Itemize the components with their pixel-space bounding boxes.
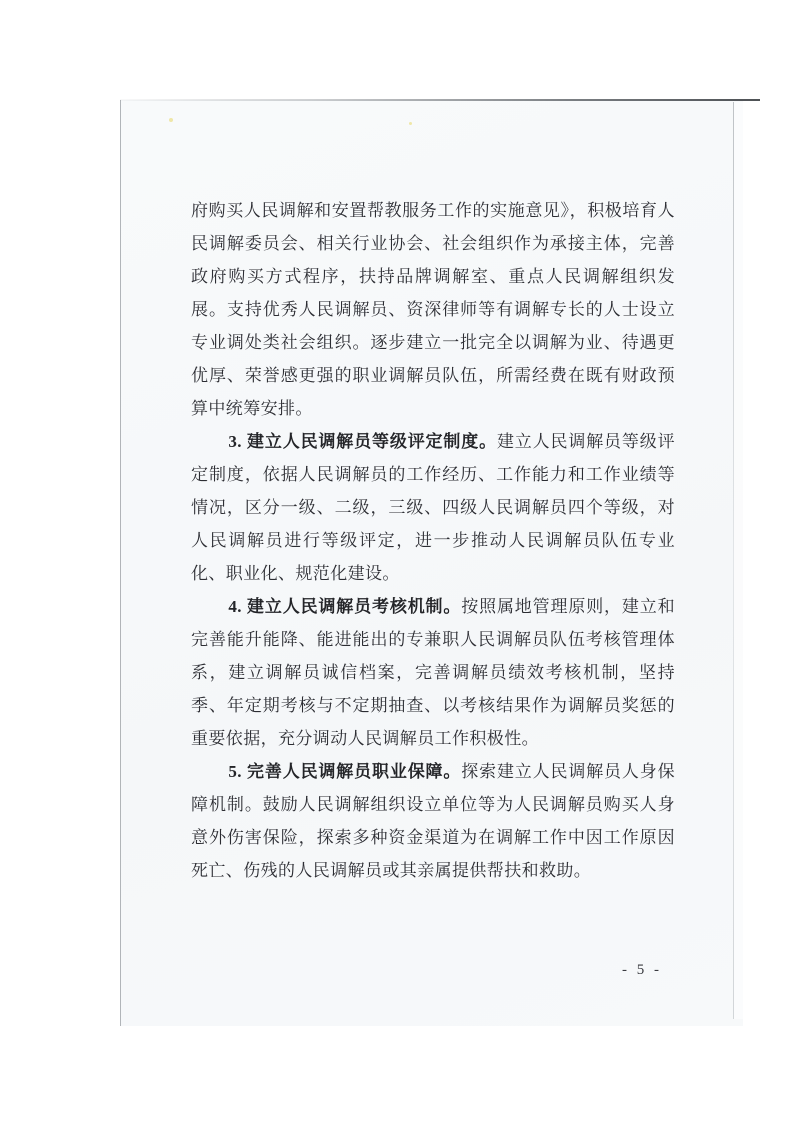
paragraph-item-5: 5. 完善人民调解员职业保障。探索建立人民调解员人身保障机制。鼓励人民调解组织设… (191, 755, 675, 887)
document-body-text: 府购买人民调解和安置帮教服务工作的实施意见》，积极培育人民调解委员会、相关行业协… (191, 194, 675, 887)
paragraph-heading: 5. 完善人民调解员职业保障。 (228, 762, 461, 781)
paragraph-item-4: 4. 建立人民调解员考核机制。按照属地管理原则，建立和完善能升能降、能进能出的专… (191, 590, 675, 755)
scanned-document-page: 府购买人民调解和安置帮教服务工作的实施意见》，积极培育人民调解委员会、相关行业协… (120, 100, 743, 1026)
scan-right-fold-line (733, 102, 734, 1019)
paragraph-item-3: 3. 建立人民调解员等级评定制度。建立人民调解员等级评定制度，依据人民调解员的工… (191, 425, 675, 590)
paragraph-heading: 3. 建立人民调解员等级评定制度。 (228, 432, 497, 451)
scan-artifact-speck (169, 118, 173, 122)
scan-top-edge-shadow (120, 99, 760, 101)
page-number: - 5 - (597, 962, 687, 979)
paragraph-text: 府购买人民调解和安置帮教服务工作的实施意见》，积极培育人民调解委员会、相关行业协… (191, 201, 675, 418)
paragraph-text: 建立人民调解员等级评定制度，依据人民调解员的工作经历、工作能力和工作业绩等情况，… (191, 432, 675, 583)
paragraph-heading: 4. 建立人民调解员考核机制。 (228, 597, 461, 616)
scan-right-paper-edge (734, 102, 743, 1019)
paragraph-text: 按照属地管理原则，建立和完善能升能降、能进能出的专兼职人民调解员队伍考核管理体系… (191, 597, 675, 748)
scan-artifact-speck (409, 122, 412, 125)
paragraph-continuation: 府购买人民调解和安置帮教服务工作的实施意见》，积极培育人民调解委员会、相关行业协… (191, 194, 675, 425)
